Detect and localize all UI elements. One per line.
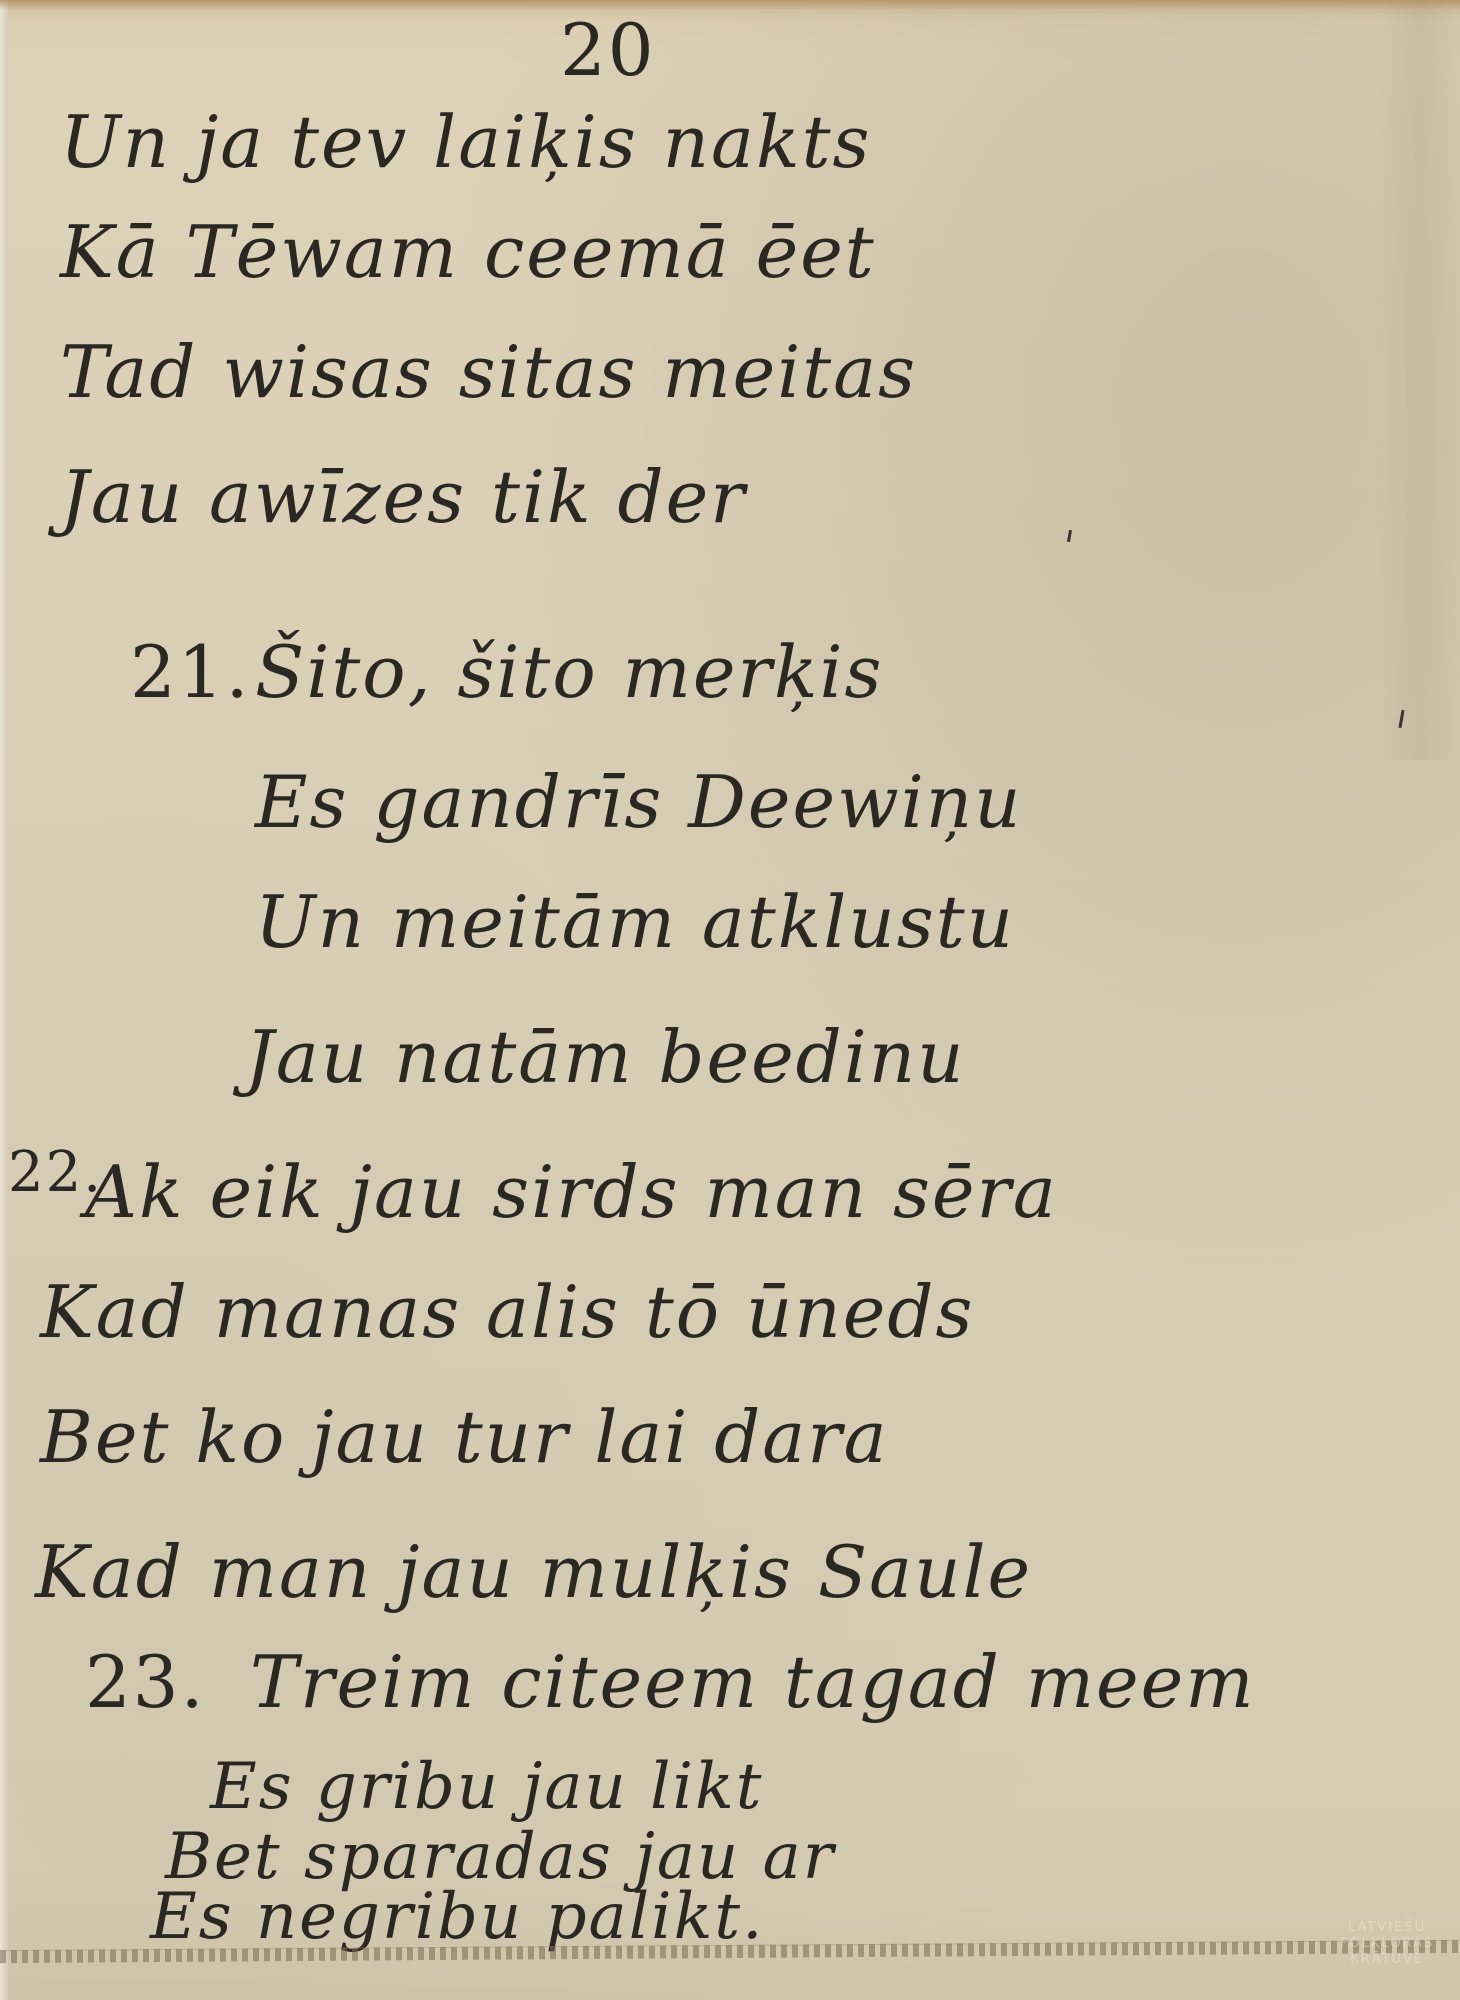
stanza-2-line-3: Un meitām atklustu [255, 880, 1015, 964]
stanza-4-line-1: Treim citeem tagad meem [250, 1640, 1256, 1724]
stanza-1-line-4: Jau awīzes tik der [60, 455, 747, 539]
page-left-edge [0, 0, 8, 2000]
page-top-edge [0, 0, 1460, 10]
paper-fold-shadow [1380, 0, 1460, 760]
stanza-1-line-1: Un ja tev laiķis nakts [60, 100, 871, 184]
stanza-2-line-4: Jau natām beedinu [245, 1015, 966, 1099]
stanza-1-line-3: Tad wisas sitas meitas [60, 330, 917, 414]
archive-watermark: LATVIEŠU FOLKLORAS KRĀTUVE [1340, 1920, 1434, 1968]
stanza-3-line-4: Kad man jau mulķis Saule [35, 1530, 1032, 1614]
watermark-line-3: KRĀTUVE [1340, 1952, 1434, 1968]
watermark-line-1: LATVIEŠU [1340, 1920, 1434, 1936]
stanza-3-line-3: Bet ko jau tur lai dara [40, 1395, 889, 1479]
page-number: 20 [560, 8, 656, 92]
stanza-2-line-1: Šito, šito merķis [255, 630, 883, 714]
stanza-4-line-2: Es gribu jau likt [210, 1750, 763, 1824]
stanza-2-number: 21. [130, 630, 251, 714]
stanza-4-line-4: Es negribu palikt. [150, 1880, 764, 1954]
stanza-2-line-2: Es gandrīs Deewiņu [255, 760, 1023, 844]
stanza-4-number: 23. [85, 1640, 206, 1724]
stanza-1-line-2: Kā Tēwam ceemā ēet [60, 210, 876, 294]
stanza-3-line-2: Kad manas alis tō ūneds [40, 1270, 974, 1354]
manuscript-page: 20 Un ja tev laiķis nakts Kā Tēwam ceemā… [0, 0, 1460, 2000]
watermark-line-2: FOLKLORAS [1340, 1936, 1434, 1952]
ink-mark [1067, 530, 1072, 542]
stanza-3-line-1: Ak eik jau sirds man sēra [85, 1150, 1058, 1234]
